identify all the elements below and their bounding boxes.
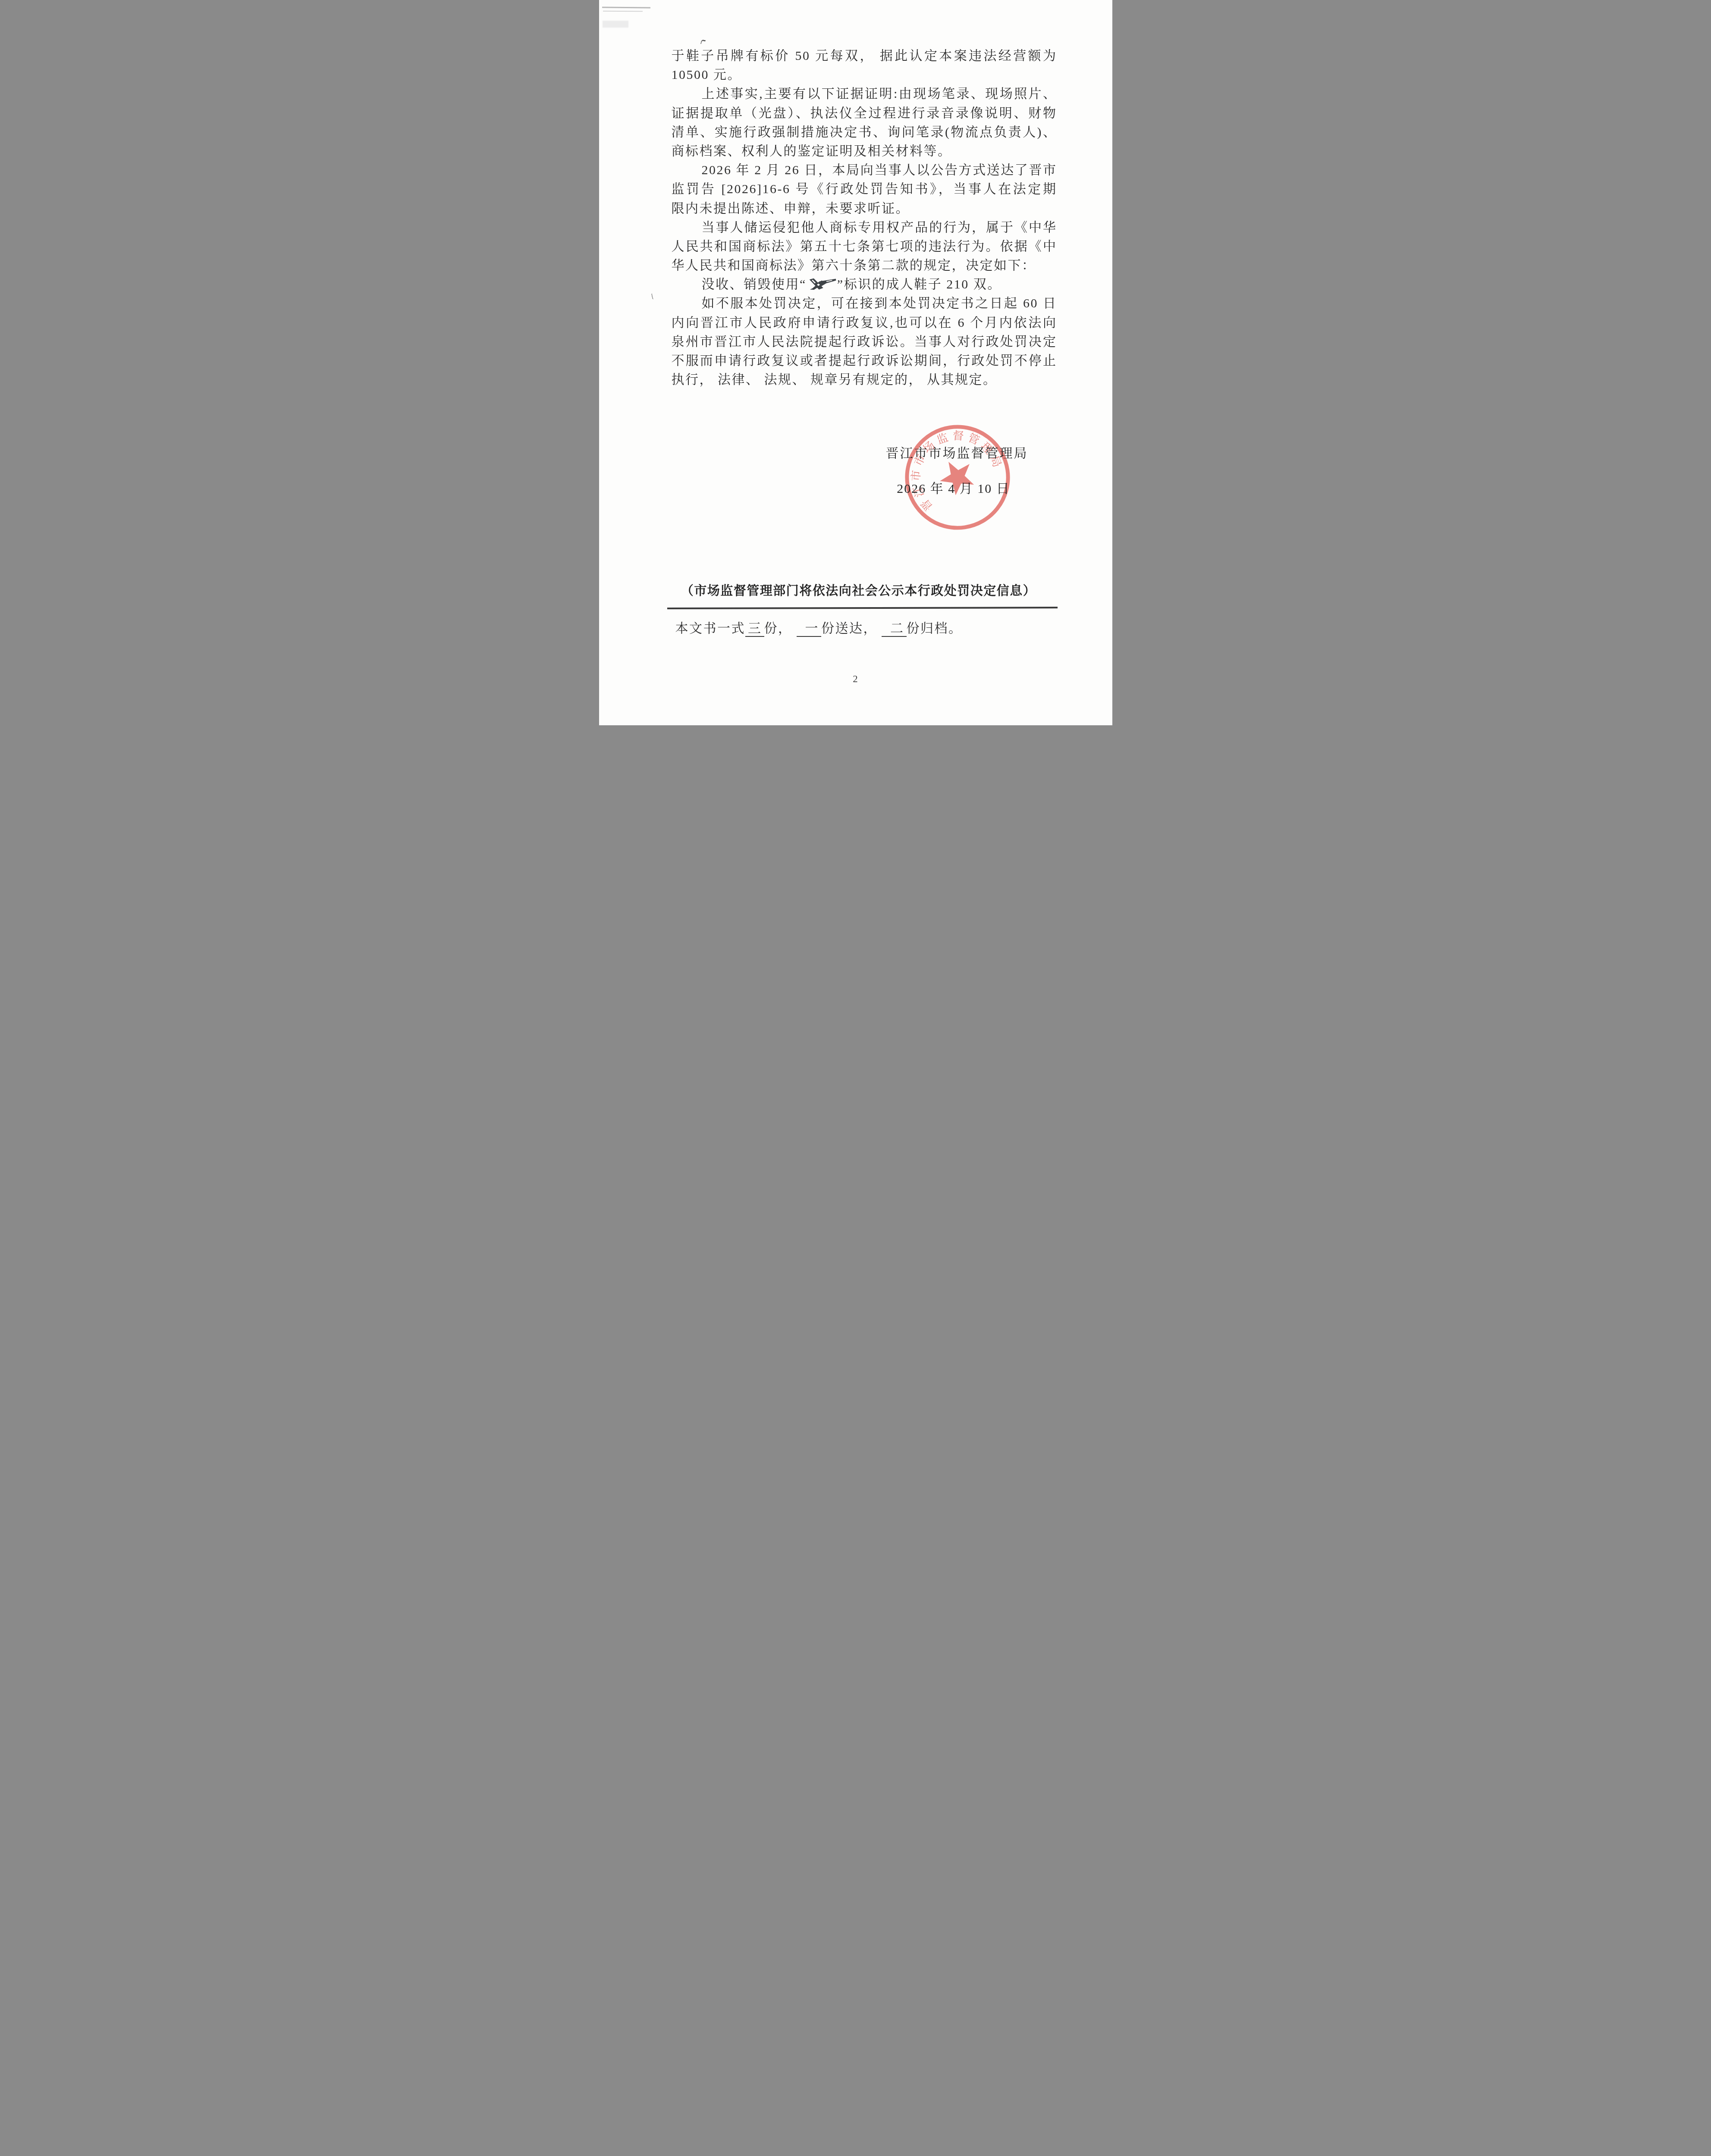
copies-distribution-note: 本文书一式三份， 一份送达， 二份归档。 — [675, 617, 963, 636]
body-line: 10500 元。 — [672, 66, 1057, 85]
distribution-text: 份归档。 — [907, 621, 963, 636]
body-line: 内向晋江市人民政府申请行政复议,也可以在 6 个月内依法向 — [672, 313, 1057, 332]
body-line: 清单、实施行政强制措施决定书、询问笔录(物流点负责人)、 — [672, 123, 1057, 142]
body-line: 人民共和国商标法》第五十七条第七项的违法行为。依据《中 — [672, 237, 1057, 256]
distribution-text: 份送达， — [821, 621, 877, 636]
body-line: 执行， 法律、 法规、 规章另有规定的， 从其规定。 — [672, 370, 1057, 389]
official-red-seal: 晋江市市场监督管理局 — [902, 422, 1013, 533]
scan-artifact — [700, 39, 705, 45]
distribution-text: 本文书一式 — [675, 621, 746, 636]
public-disclosure-notice: （市场监督管理部门将依法向社会公示本行政处罚决定信息） — [599, 581, 1112, 599]
copies-total-blank: 三 — [745, 621, 764, 637]
body-line-with-logo: 没收、销毁使用“ ”标识的成人鞋子 210 双。 — [672, 275, 1057, 294]
body-line: 于鞋子吊牌有标价 50 元每双， 据此认定本案违法经营额为 — [672, 47, 1057, 66]
body-line: 不服而申请行政复议或者提起行政诉讼期间，行政处罚不停止 — [672, 351, 1057, 370]
penalty-line-prefix: 没收、销毁使用“ — [702, 277, 807, 291]
body-line: 上述事实,主要有以下证据证明:由现场笔录、现场照片、 — [672, 85, 1057, 103]
footer-divider — [667, 607, 1057, 609]
body-line: 商标档案、权利人的鉴定证明及相关材料等。 — [672, 142, 1057, 161]
body-line: 证据提取单（光盘）、执法仪全过程进行录音录像说明、财物 — [672, 104, 1057, 123]
copies-served-blank: 一 — [797, 621, 822, 637]
page-number: 2 — [599, 674, 1112, 685]
body-line: 当事人储运侵犯他人商标专用权产品的行为，属于《中华 — [672, 218, 1057, 237]
copies-archived-blank: 二 — [882, 621, 907, 637]
issuing-agency-name: 晋江市市场监督管理局 — [886, 442, 1028, 461]
body-line: 华人民共和国商标法》第六十条第二款的规定，决定如下： — [672, 256, 1057, 275]
scan-artifact — [603, 21, 628, 28]
scan-artifact — [603, 11, 642, 12]
infringing-brand-logo-icon — [807, 278, 836, 290]
document-page: 于鞋子吊牌有标价 50 元每双， 据此认定本案违法经营额为 10500 元。 上… — [599, 0, 1112, 725]
body-line: 如不服本处罚决定，可在接到本处罚决定书之日起 60 日 — [672, 294, 1057, 313]
distribution-text: 份， — [764, 621, 792, 636]
decision-body-text: 于鞋子吊牌有标价 50 元每双， 据此认定本案违法经营额为 10500 元。 上… — [672, 47, 1057, 389]
scan-artifact — [651, 293, 655, 300]
penalty-line-suffix: ”标识的成人鞋子 210 双。 — [837, 277, 1001, 291]
body-line: 泉州市晋江市人民法院提起行政诉讼。当事人对行政处罚决定 — [672, 332, 1057, 351]
body-line: 限内未提出陈述、申辩，未要求听证。 — [672, 199, 1057, 218]
body-line: 监罚告 [2026]16-6 号《行政处罚告知书》，当事人在法定期 — [672, 180, 1057, 199]
decision-date: 2026 年 4 月 10 日 — [897, 478, 1010, 497]
body-line: 2026 年 2 月 26 日，本局向当事人以公告方式送达了晋市 — [672, 161, 1057, 180]
scan-artifact — [602, 6, 650, 8]
